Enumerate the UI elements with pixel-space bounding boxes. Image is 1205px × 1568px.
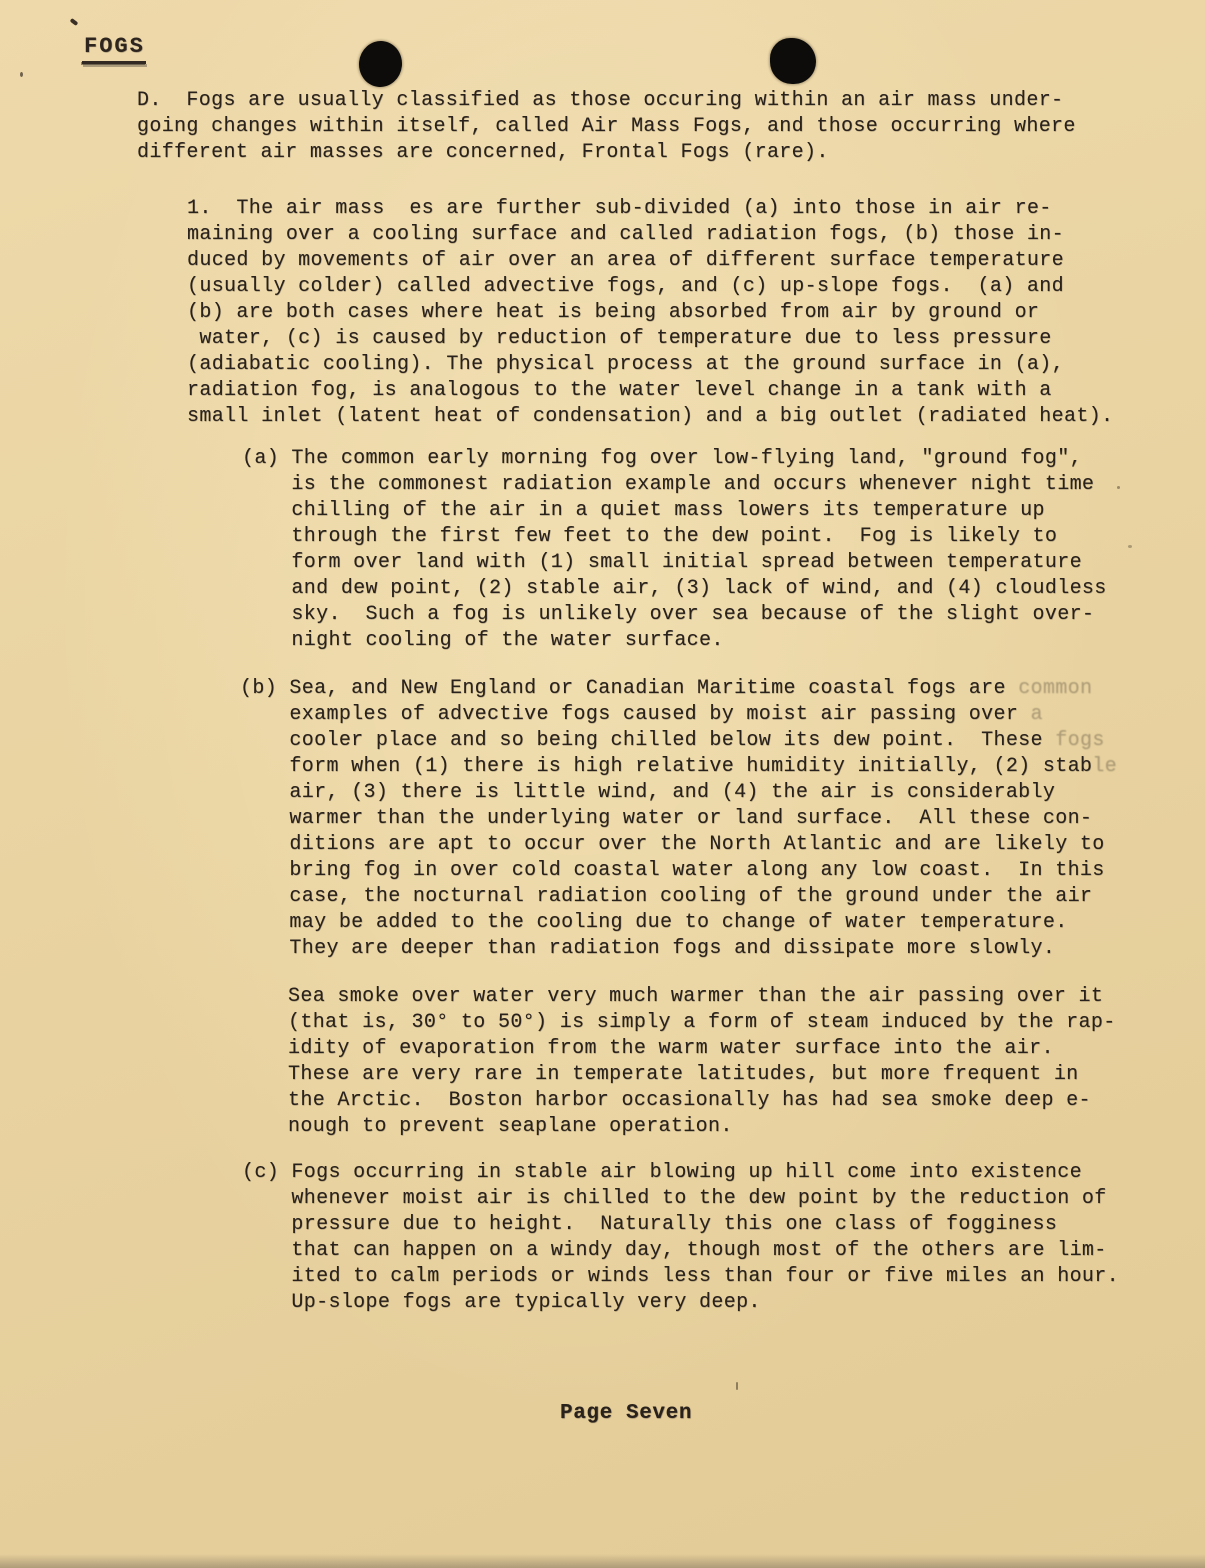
text-line: through the first few feet to the dew po… — [242, 524, 1107, 550]
text-line: examples of advective fogs caused by moi… — [240, 702, 1117, 728]
text-line: (c) Fogs occurring in stable air blowing… — [242, 1160, 1119, 1186]
text-line: bring fog in over cold coastal water alo… — [240, 858, 1117, 884]
list-item-c: (c) Fogs occurring in stable air blowing… — [242, 1160, 1119, 1316]
text-line: duced by movements of air over an area o… — [187, 248, 1113, 274]
text-line: may be added to the cooling due to chang… — [240, 910, 1117, 936]
text-line: These are very rare in temperate latitud… — [288, 1062, 1116, 1088]
scan-edge-shadow — [0, 1554, 1205, 1568]
faded-text-segment: common — [1018, 677, 1092, 700]
text-line: ited to calm periods or winds less than … — [242, 1264, 1119, 1290]
text-line: radiation fog, is analogous to the water… — [187, 378, 1113, 404]
text-line: is the commonest radiation example and o… — [242, 472, 1107, 498]
list-item-a: (a) The common early morning fog over lo… — [242, 446, 1107, 654]
page-number: Page Seven — [560, 1402, 692, 1425]
page-title: FOGS — [84, 34, 145, 59]
page-background: FOGS D. Fogs are usually classified as t… — [0, 0, 1205, 1568]
text-line: and dew point, (2) stable air, (3) lack … — [242, 576, 1107, 602]
text-line: maining over a cooling surface and calle… — [187, 222, 1113, 248]
faded-text-segment: a — [1031, 703, 1043, 726]
hole-punch-left-icon — [357, 39, 405, 89]
text-line: warmer than the underlying water or land… — [240, 806, 1117, 832]
text-segment: form when (1) there is high relative hum… — [240, 755, 1092, 778]
ink-speck — [20, 72, 23, 77]
ink-speck — [70, 18, 79, 26]
text-line: that can happen on a windy day, though m… — [242, 1238, 1119, 1264]
text-line: small inlet (latent heat of condensation… — [187, 404, 1113, 430]
text-line: (usually colder) called advective fogs, … — [187, 274, 1113, 300]
doc-header: FOGS — [84, 34, 145, 59]
text-line: Up-slope fogs are typically very deep. — [242, 1290, 1119, 1316]
text-line: pressure due to height. Naturally this o… — [242, 1212, 1119, 1238]
text-line: night cooling of the water surface. — [242, 628, 1107, 654]
paragraph-1: 1. The air mass es are further sub-divid… — [187, 196, 1113, 430]
text-line: form over land with (1) small initial sp… — [242, 550, 1107, 576]
faded-text-segment: le — [1092, 755, 1117, 778]
text-segment: cooler place and so being chilled below … — [240, 729, 1055, 752]
text-line: (b) Sea, and New England or Canadian Mar… — [240, 676, 1117, 702]
text-line: They are deeper than radiation fogs and … — [240, 936, 1117, 962]
text-line: Sea smoke over water very much warmer th… — [288, 984, 1116, 1010]
text-segment: examples of advective fogs caused by moi… — [240, 703, 1031, 726]
text-line: different air masses are concerned, Fron… — [137, 140, 1076, 166]
title-underline — [82, 61, 146, 64]
text-line: (adiabatic cooling). The physical proces… — [187, 352, 1113, 378]
faded-text-segment: fogs — [1055, 729, 1104, 752]
text-line: form when (1) there is high relative hum… — [240, 754, 1117, 780]
text-line: ditions are apt to occur over the North … — [240, 832, 1117, 858]
paragraph-d: D. Fogs are usually classified as those … — [137, 88, 1076, 166]
text-line: D. Fogs are usually classified as those … — [137, 88, 1076, 114]
text-line: (that is, 30° to 50°) is simply a form o… — [288, 1010, 1116, 1036]
ink-speck — [736, 1382, 738, 1390]
scanned-document-page: { "header": { "title": "FOGS" }, "footer… — [0, 0, 1205, 1568]
text-line: 1. The air mass es are further sub-divid… — [187, 196, 1113, 222]
text-line: nough to prevent seaplane operation. — [288, 1114, 1116, 1140]
text-line: sky. Such a fog is unlikely over sea bec… — [242, 602, 1107, 628]
hole-punch-right-icon — [770, 38, 816, 84]
text-line: whenever moist air is chilled to the dew… — [242, 1186, 1119, 1212]
text-line: (b) are both cases where heat is being a… — [187, 300, 1113, 326]
ink-speck — [1117, 486, 1120, 489]
text-line: (a) The common early morning fog over lo… — [242, 446, 1107, 472]
text-line: chilling of the air in a quiet mass lowe… — [242, 498, 1107, 524]
text-line: air, (3) there is little wind, and (4) t… — [240, 780, 1117, 806]
text-line: idity of evaporation from the warm water… — [288, 1036, 1116, 1062]
paragraph-sea-smoke: Sea smoke over water very much warmer th… — [288, 984, 1116, 1140]
list-item-b: (b) Sea, and New England or Canadian Mar… — [240, 676, 1117, 962]
text-segment: (b) Sea, and New England or Canadian Mar… — [240, 677, 1018, 700]
text-line: water, (c) is caused by reduction of tem… — [187, 326, 1113, 352]
ink-speck — [1128, 545, 1132, 548]
text-line: the Arctic. Boston harbor occasionally h… — [288, 1088, 1116, 1114]
text-line: case, the nocturnal radiation cooling of… — [240, 884, 1117, 910]
text-line: going changes within itself, called Air … — [137, 114, 1076, 140]
text-line: cooler place and so being chilled below … — [240, 728, 1117, 754]
